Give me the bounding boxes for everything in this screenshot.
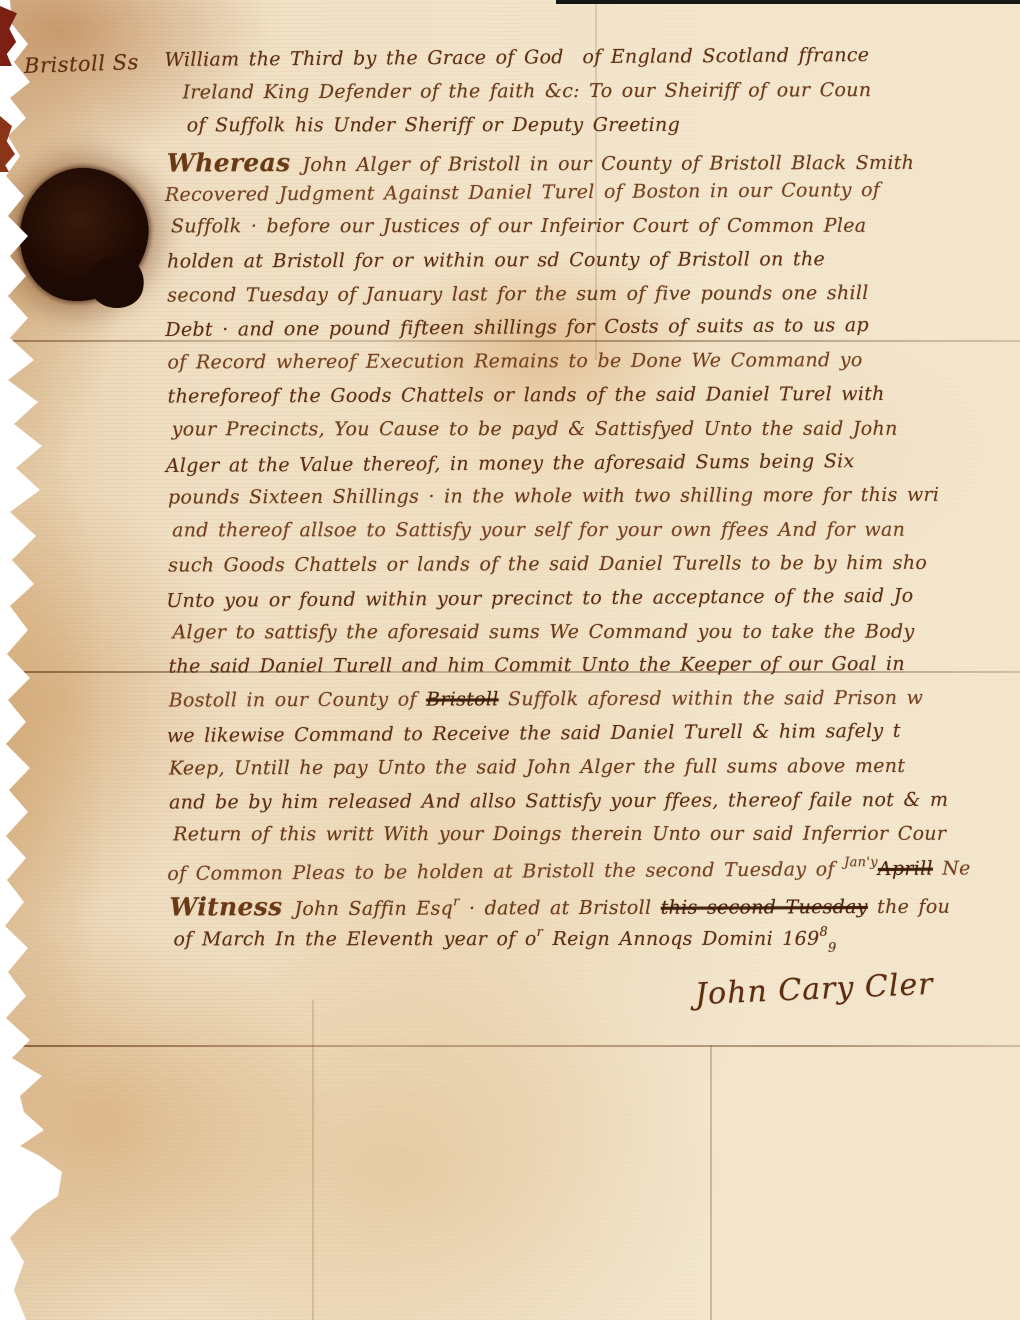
manuscript-line: pounds Sixteen Shillings · in the whole … bbox=[168, 484, 1020, 521]
manuscript-line: Whereas John Alger of Bristoll in our Co… bbox=[167, 146, 1019, 183]
handwritten-text: Return of this writt With your Doings th… bbox=[173, 823, 946, 846]
manuscript-line: thereforeof the Goods Chattels or lands … bbox=[168, 382, 1020, 419]
handwritten-text: William the Third by the Grace of God of… bbox=[164, 44, 869, 71]
manuscript-line: Witness John Saffin Esqr · dated at Bris… bbox=[169, 889, 1020, 926]
fold-crease-vertical-lower bbox=[710, 1045, 712, 1320]
manuscript-line: second Tuesday of January last for the s… bbox=[167, 281, 1019, 318]
torn-paper-fragment bbox=[0, 116, 15, 172]
handwritten-text: John Alger of Bristoll in our County of … bbox=[302, 152, 914, 176]
manuscript-line: Alger at the Value thereof, in money the… bbox=[166, 449, 1018, 489]
clerk-signature: John Cary Cler bbox=[694, 967, 934, 1012]
handwritten-text: we likewise Command to Receive the said … bbox=[167, 720, 901, 747]
manuscript-line: Return of this writt With your Doings th… bbox=[173, 823, 1020, 858]
handwritten-text: of Common Pleas to be holden at Bristoll… bbox=[167, 858, 844, 885]
fold-crease-vertical-lower-left bbox=[312, 1000, 314, 1320]
manuscript-line: Unto you or found within your precinct t… bbox=[166, 584, 1018, 624]
manuscript-line: of Suffolk his Under Sheriff or Deputy G… bbox=[171, 113, 1020, 148]
handwritten-text: the fou bbox=[868, 896, 950, 918]
handwritten-text: and be by him released And allso Sattisf… bbox=[169, 788, 948, 813]
manuscript-line: such Goods Chattels or lands of the said… bbox=[168, 551, 1020, 588]
struck-text: Aprill bbox=[878, 858, 933, 880]
manuscript-line: Keep, Untill he pay Unto the said John A… bbox=[169, 754, 1020, 791]
handwritten-text: Witness bbox=[169, 892, 294, 921]
handwritten-text: Ireland King Defender of the faith &c: T… bbox=[183, 79, 872, 103]
torn-paper-fragment bbox=[0, 6, 17, 66]
handwritten-text: Reign Annoqs Domini 169 bbox=[543, 928, 819, 950]
handwritten-text: thereforeof the Goods Chattels or lands … bbox=[168, 383, 885, 408]
manuscript-line: of Record whereof Execution Remains to b… bbox=[167, 349, 1019, 386]
manuscript-page: Bristoll Ss William the Third by the Gra… bbox=[0, 0, 1020, 1320]
manuscript-line: and be by him released And allso Sattisf… bbox=[169, 788, 1020, 825]
manuscript-line: of Common Pleas to be holden at Bristoll… bbox=[167, 854, 1019, 894]
manuscript-line: your Precincts, You Cause to be payd & S… bbox=[172, 417, 1020, 452]
county-heading: Bristoll Ss bbox=[24, 50, 140, 78]
handwritten-text: Unto you or found within your precinct t… bbox=[166, 585, 913, 612]
handwritten-text: Alger to sattisfy the aforesaid sums We … bbox=[172, 620, 914, 643]
manuscript-line: Bostoll in our County of Bristoll Suffol… bbox=[169, 687, 1020, 724]
manuscript-line: Ireland King Defender of the faith &c: T… bbox=[167, 78, 1019, 115]
manuscript-line: the said Daniel Turell and him Commit Un… bbox=[169, 653, 1020, 690]
handwritten-text: Debt · and one pound fifteen shillings f… bbox=[165, 314, 869, 341]
struck-text: Bristoll bbox=[426, 688, 499, 710]
manuscript-line: Debt · and one pound fifteen shillings f… bbox=[165, 313, 1017, 353]
handwritten-text: 8 bbox=[819, 925, 828, 940]
handwritten-text: the said Daniel Turell and him Commit Un… bbox=[169, 653, 905, 678]
handwritten-text: and thereof allsoe to Sattisfy your self… bbox=[172, 519, 905, 542]
handwritten-text: Suffolk · before our Justices of our Inf… bbox=[171, 215, 866, 238]
handwritten-text: such Goods Chattels or lands of the said… bbox=[168, 552, 927, 577]
handwritten-text: Ne bbox=[933, 857, 971, 879]
manuscript-line: holden at Bristoll for or within our sd … bbox=[167, 247, 1019, 284]
manuscript-line: of March In the Eleventh year of or Reig… bbox=[174, 924, 1020, 959]
handwritten-text: holden at Bristoll for or within our sd … bbox=[167, 248, 825, 272]
handwritten-text: of Record whereof Execution Remains to b… bbox=[167, 349, 862, 373]
handwritten-text: of Suffolk his Under Sheriff or Deputy G… bbox=[187, 114, 680, 136]
scan-edge-artifact bbox=[556, 0, 1020, 4]
handwritten-text: Bostoll in our County of bbox=[169, 689, 427, 712]
manuscript-line: and thereof allsoe to Sattisfy your self… bbox=[172, 519, 1020, 554]
handwritten-text: Recovered Judgment Against Daniel Turel … bbox=[165, 179, 880, 206]
manuscript-line: William the Third by the Grace of God of… bbox=[164, 43, 1016, 83]
wax-seal bbox=[11, 160, 156, 311]
handwritten-text: Alger at the Value thereof, in money the… bbox=[166, 450, 855, 477]
handwritten-text: your Precincts, You Cause to be payd & S… bbox=[172, 417, 898, 440]
manuscript-line: Recovered Judgment Against Daniel Turel … bbox=[165, 178, 1017, 218]
fold-crease-horizontal-bottom bbox=[0, 1045, 1020, 1047]
handwritten-text: 9 bbox=[828, 940, 837, 955]
handwritten-text: second Tuesday of January last for the s… bbox=[167, 282, 868, 306]
handwritten-text: · dated at Bristoll bbox=[460, 897, 661, 920]
handwritten-text: of March In the Eleventh year of o bbox=[174, 928, 537, 950]
handwritten-text: Suffolk aforesd within the said Prison w bbox=[499, 687, 924, 710]
manuscript-line: Alger to sattisfy the aforesaid sums We … bbox=[172, 620, 1020, 655]
scan-background: Bristoll Ss William the Third by the Gra… bbox=[0, 0, 1020, 1320]
handwritten-text: Whereas bbox=[167, 148, 303, 177]
manuscript-text: William the Third by the Grace of God of… bbox=[166, 45, 1020, 960]
manuscript-line: Suffolk · before our Justices of our Inf… bbox=[171, 215, 1020, 250]
handwritten-text: Keep, Untill he pay Unto the said John A… bbox=[169, 755, 905, 780]
struck-text: this second Tuesday bbox=[661, 896, 868, 919]
handwritten-text: Jan'y bbox=[844, 855, 878, 870]
handwritten-text: John Saffin Esq bbox=[294, 897, 453, 920]
manuscript-line: we likewise Command to Receive the said … bbox=[167, 719, 1019, 759]
